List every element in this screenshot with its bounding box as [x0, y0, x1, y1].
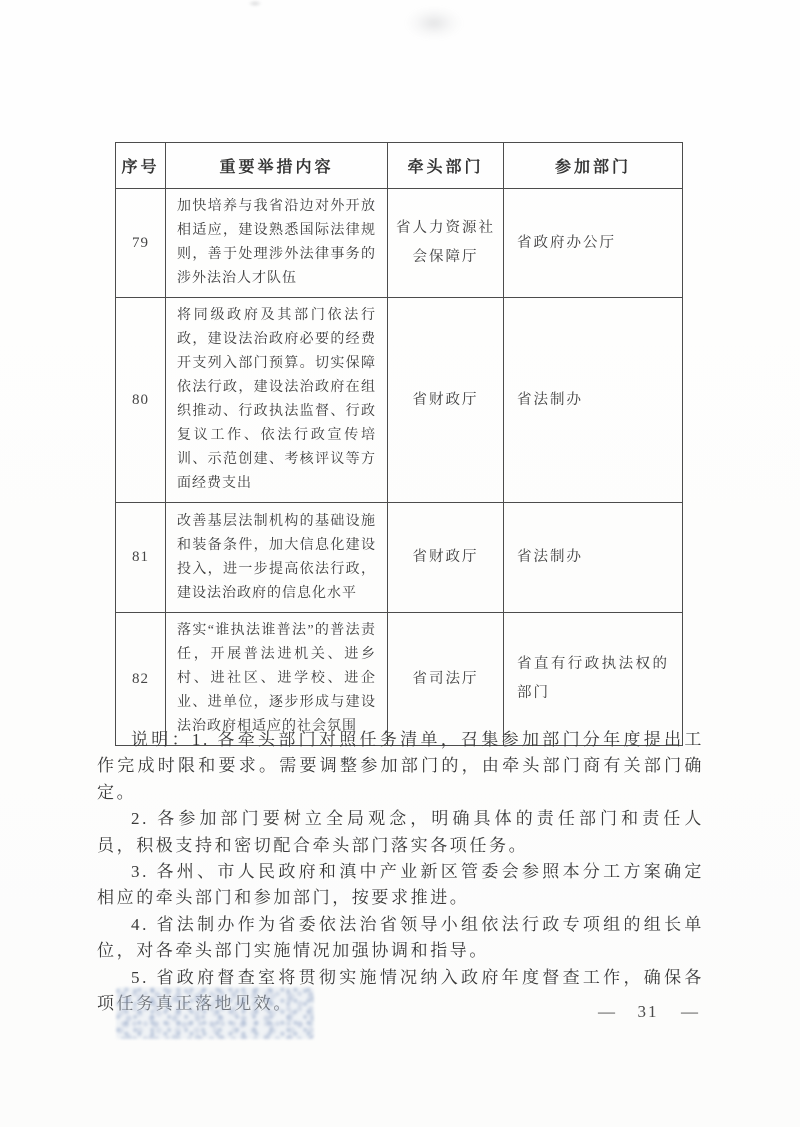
cell-measure-content: 落实“谁执法谁普法”的普法责任，开展普法进机关、进乡村、进社区、进学校、进企业、…: [166, 613, 388, 746]
cell-lead-dept: 省人力资源社会保障厅: [388, 189, 504, 298]
page-footer: — 31 —: [598, 1002, 698, 1022]
table-row: 79 加快培养与我省沿边对外开放相适应，建设熟悉国际法律规则，善于处理涉外法律事…: [116, 189, 683, 298]
cell-measure-content: 将同级政府及其部门依法行政，建设法治政府必要的经费开支列入部门预算。切实保障依法…: [166, 298, 388, 503]
cell-lead-dept: 省财政厅: [388, 503, 504, 613]
page-number: 31: [638, 1002, 659, 1022]
cell-lead-dept: 省财政厅: [388, 298, 504, 503]
table-row: 81 改善基层法制机构的基础设施和装备条件，加大信息化建设投入，进一步提高依法行…: [116, 503, 683, 613]
cell-participating-dept: 省法制办: [504, 298, 683, 503]
scan-noise-artifact: [248, 0, 262, 7]
document-page: 序号 重要举措内容 牵头部门 参加部门 79 加快培养与我省沿边对外开放相适应，…: [0, 0, 800, 1127]
measures-table-header: 序号 重要举措内容 牵头部门 参加部门: [116, 143, 683, 189]
cell-participating-dept: 省直有行政执法权的部门: [504, 613, 683, 746]
col-header-lead-dept: 牵头部门: [388, 143, 504, 189]
col-header-participating-dept: 参加部门: [504, 143, 683, 189]
cell-participating-dept: 省政府办公厅: [504, 189, 683, 298]
note-paragraph-1: 说明：1. 各牵头部门对照任务清单，召集参加部门分年度提出工作完成时限和要求。需…: [97, 727, 704, 806]
note-paragraph-2: 2. 各参加部门要树立全局观念，明确具体的责任部门和责任人员，积极支持和密切配合…: [97, 806, 704, 859]
cell-measure-content: 改善基层法制机构的基础设施和装备条件，加大信息化建设投入，进一步提高依法行政，建…: [166, 503, 388, 613]
cell-seq-no: 79: [116, 189, 166, 298]
notes-section: 说明：1. 各牵头部门对照任务清单，召集参加部门分年度提出工作完成时限和要求。需…: [97, 727, 704, 1017]
cell-seq-no: 82: [116, 613, 166, 746]
measures-table-body: 79 加快培养与我省沿边对外开放相适应，建设熟悉国际法律规则，善于处理涉外法律事…: [116, 189, 683, 746]
table-row: 82 落实“谁执法谁普法”的普法责任，开展普法进机关、进乡村、进社区、进学校、进…: [116, 613, 683, 746]
footer-dash-left: —: [598, 1002, 615, 1022]
scan-noise-artifact: [405, 6, 463, 40]
col-header-seq-no: 序号: [116, 143, 166, 189]
col-header-measure-content: 重要举措内容: [166, 143, 388, 189]
cell-seq-no: 80: [116, 298, 166, 503]
footer-dash-right: —: [681, 1002, 698, 1022]
table-row: 80 将同级政府及其部门依法行政，建设法治政府必要的经费开支列入部门预算。切实保…: [116, 298, 683, 503]
measures-table: 序号 重要举措内容 牵头部门 参加部门 79 加快培养与我省沿边对外开放相适应，…: [115, 142, 683, 746]
scan-stamp-artifact: [116, 987, 314, 1039]
note-paragraph-4: 4. 省法制办作为省委依法治省领导小组依法行政专项组的组长单位，对各牵头部门实施…: [97, 912, 704, 965]
note-paragraph-3: 3. 各州、市人民政府和滇中产业新区管委会参照本分工方案确定相应的牵头部门和参加…: [97, 859, 704, 912]
header-row: 序号 重要举措内容 牵头部门 参加部门: [116, 143, 683, 189]
cell-lead-dept: 省司法厅: [388, 613, 504, 746]
cell-seq-no: 81: [116, 503, 166, 613]
cell-measure-content: 加快培养与我省沿边对外开放相适应，建设熟悉国际法律规则，善于处理涉外法律事务的涉…: [166, 189, 388, 298]
cell-participating-dept: 省法制办: [504, 503, 683, 613]
